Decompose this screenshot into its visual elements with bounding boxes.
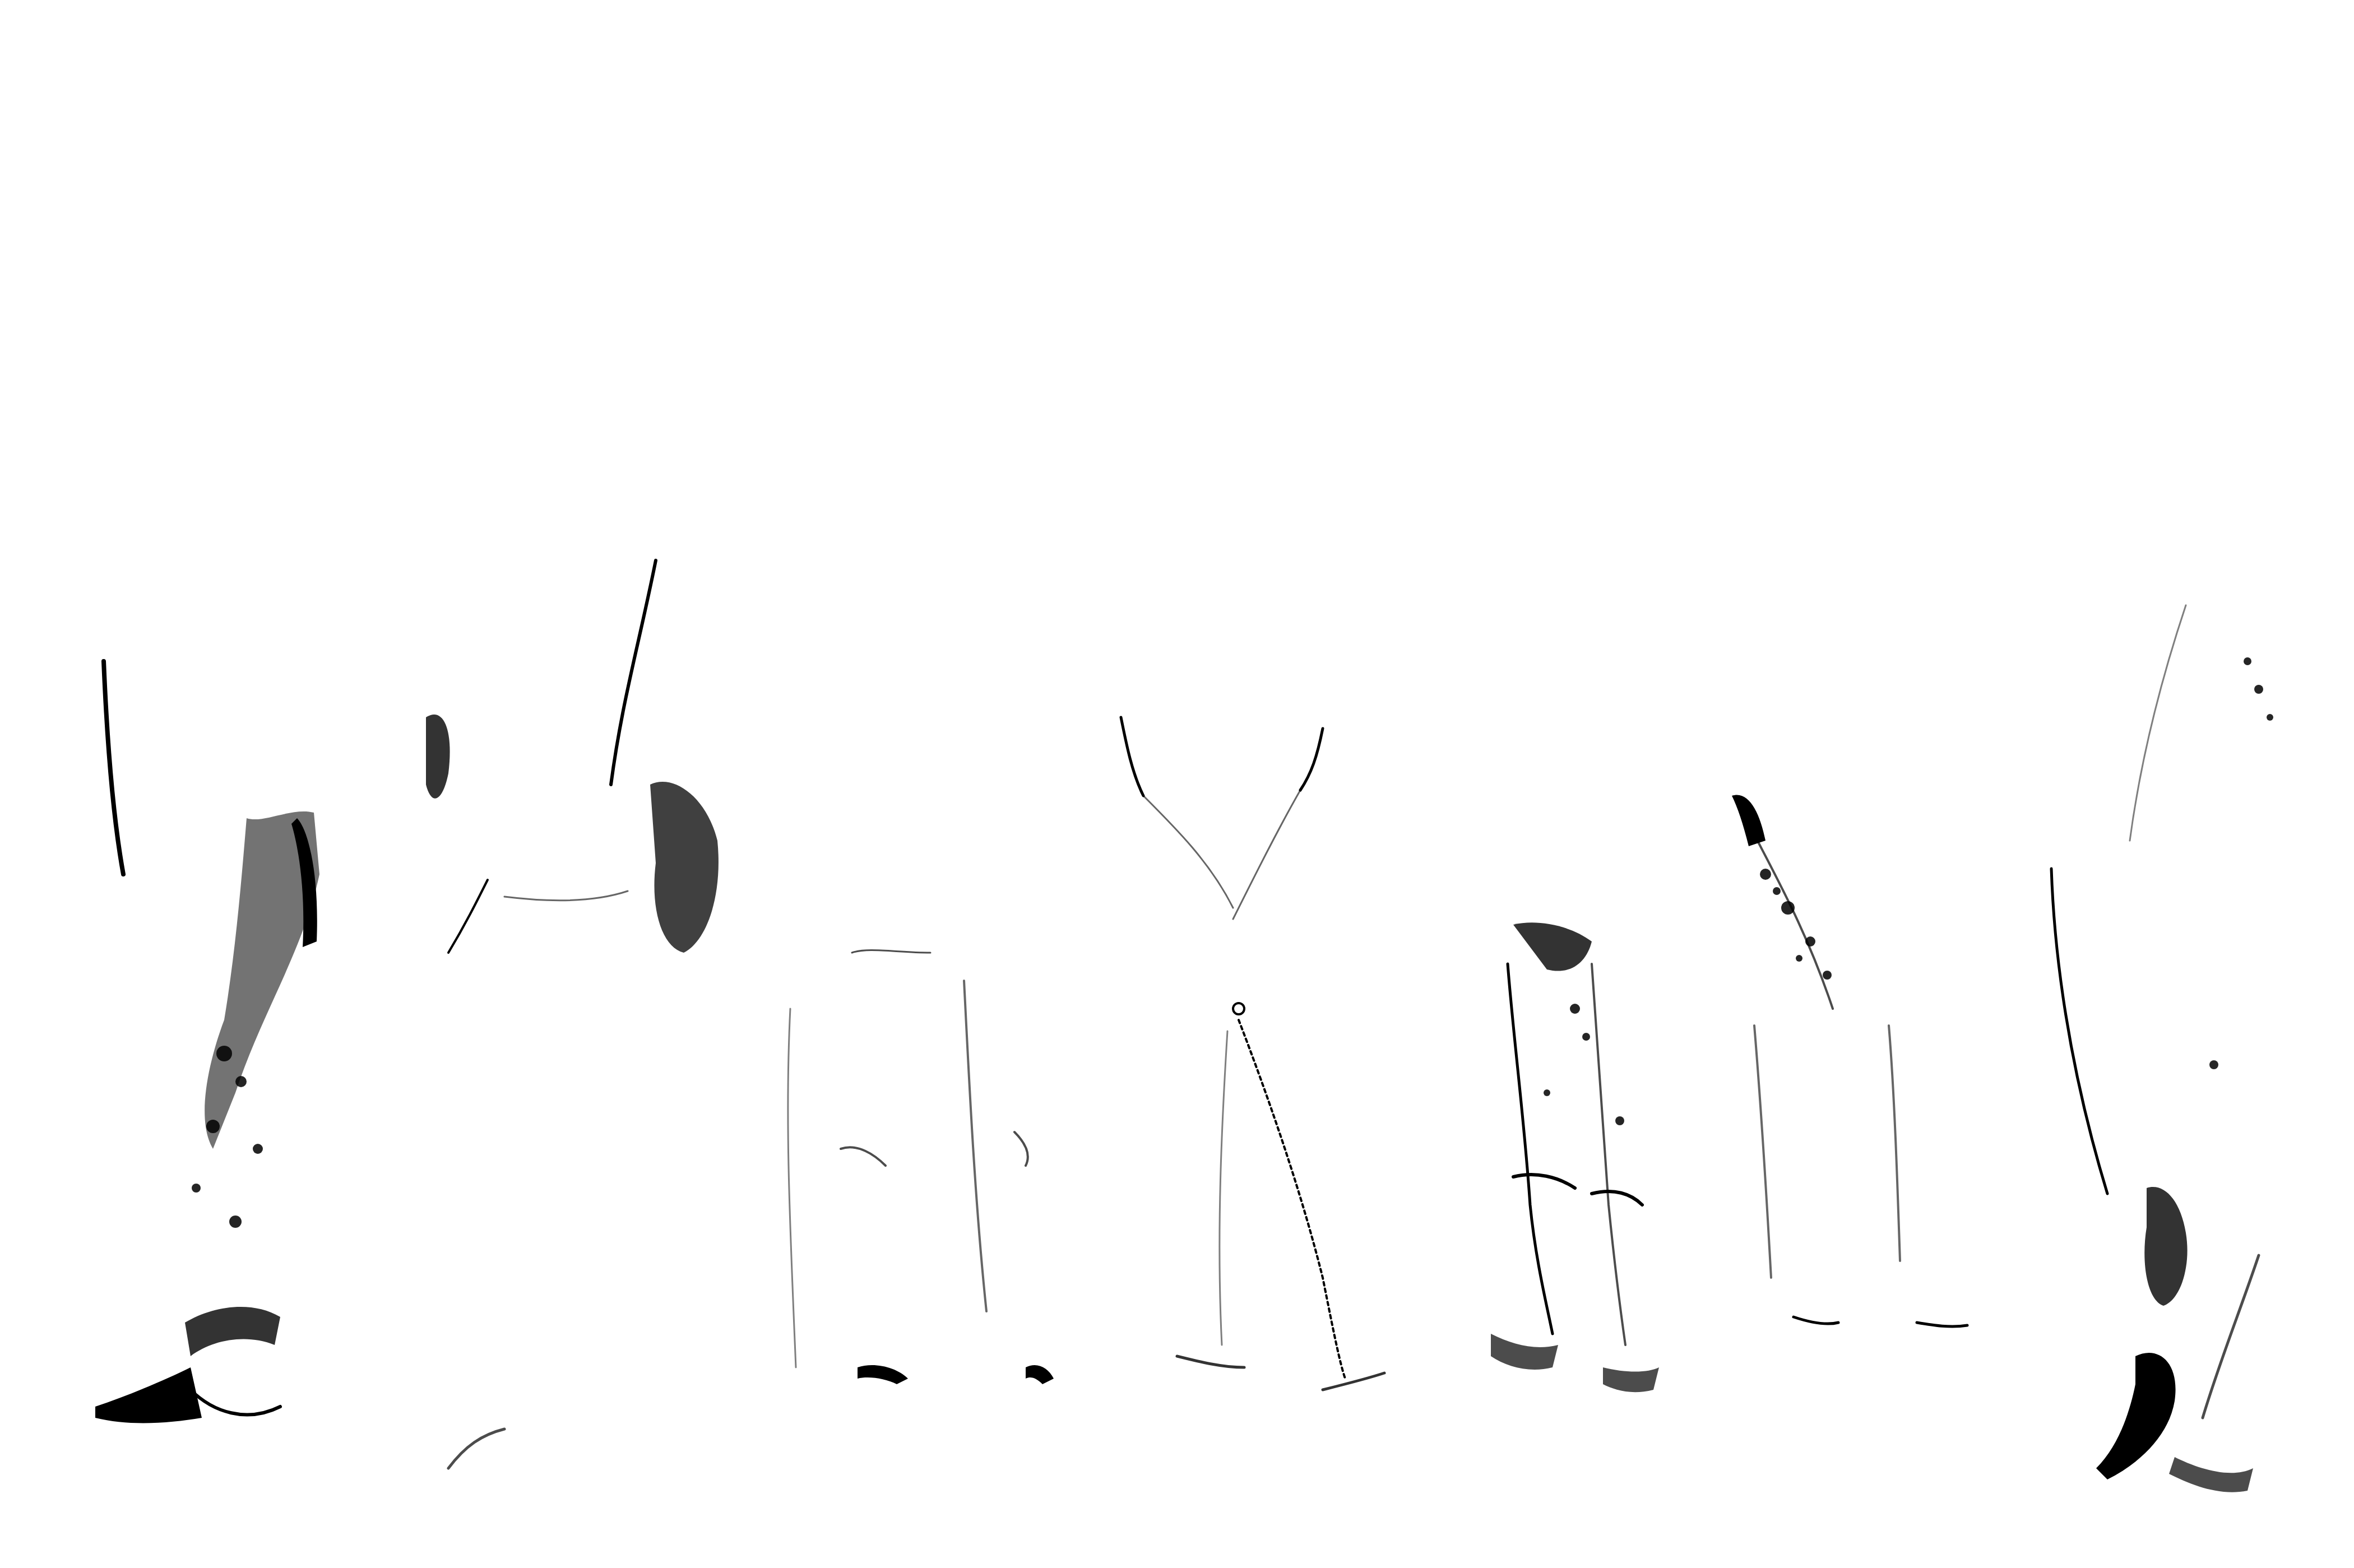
thresholded-group-photo: High-contrast thresholded black-and-whit…	[0, 0, 2354, 1568]
